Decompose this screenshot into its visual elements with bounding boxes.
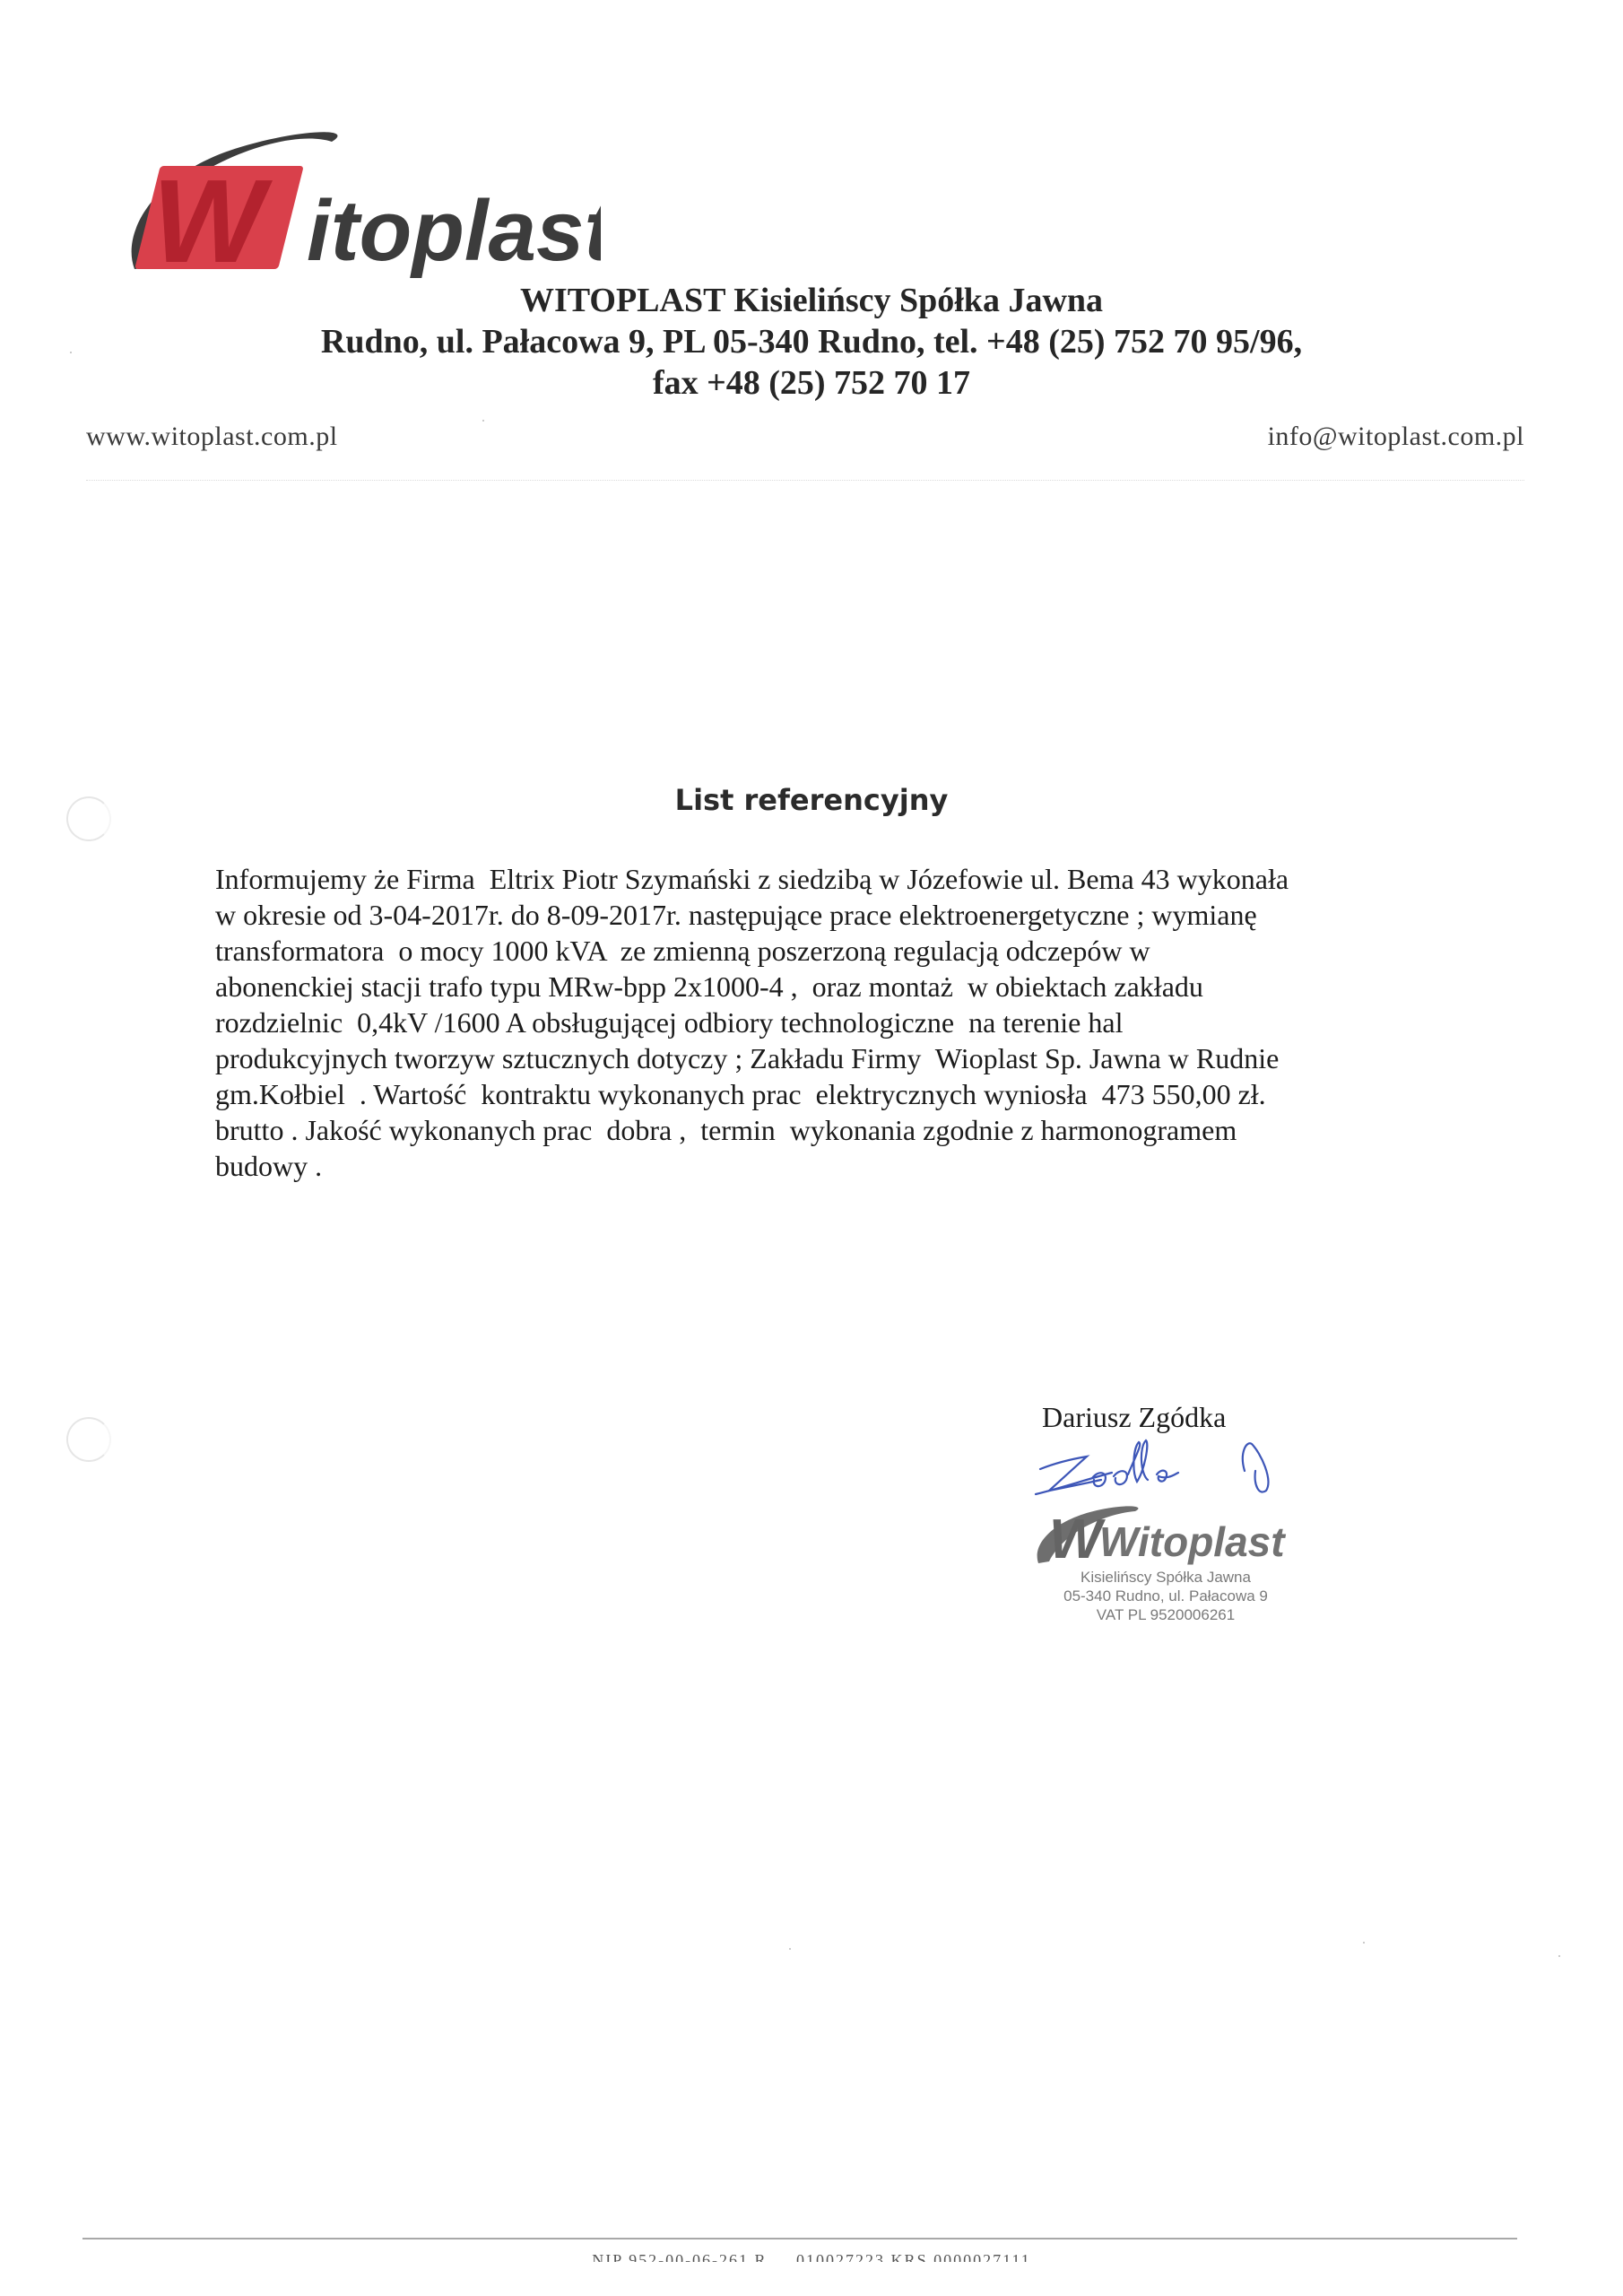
document-title: List referencyjny [0,783,1623,817]
logo-wordmark: itoplast [307,183,601,278]
website-link[interactable]: www.witoplast.com.pl [86,422,338,452]
body-line: brutto . Jakość wykonanych prac dobra , … [215,1112,1417,1148]
footer-divider [82,2238,1517,2239]
body-line: produkcyjnych tworzyw sztucznych dotyczy… [215,1040,1417,1076]
company-stamp: Kisielińscy Spółka Jawna 05-340 Rudno, u… [1022,1568,1309,1624]
svg-text:W: W [1049,1509,1106,1565]
body-line: Informujemy że Firma Eltrix Piotr Szymań… [215,861,1417,897]
email-link[interactable]: info@witoplast.com.pl [1268,422,1524,452]
company-fax: fax +48 (25) 752 70 17 [0,362,1623,404]
letter-body: Informujemy że Firma Eltrix Piotr Szymań… [215,861,1417,1184]
witoplast-logo: W itoplast [117,126,601,278]
scan-speck [1558,1955,1560,1957]
body-line: abonenckiej stacji trafo typu MRw-bpp 2x… [215,969,1417,1004]
svg-text:Witoplast: Witoplast [1099,1518,1286,1565]
logo-initial: W [152,155,273,278]
body-line: rozdzielnic 0,4kV /1600 A obsługującej o… [215,1004,1417,1040]
company-info: WITOPLAST Kisielińscy Spółka Jawna Rudno… [0,280,1623,404]
company-stamp-logo: W Witoplast [1029,1502,1289,1565]
body-line: gm.Kołbiel . Wartość kontraktu wykonanyc… [215,1076,1417,1112]
punch-hole-mark [66,1417,111,1462]
stamp-line-address: 05-340 Rudno, ul. Pałacowa 9 [1022,1587,1309,1605]
scan-speck [70,352,72,353]
company-name: WITOPLAST Kisielińscy Spółka Jawna [0,280,1623,321]
header-divider [86,480,1524,481]
body-line: transformatora o mocy 1000 kVA ze zmienn… [215,933,1417,969]
scan-speck [789,1948,791,1950]
signatory-name: Dariusz Zgódka [1042,1401,1226,1434]
company-address: Rudno, ul. Pałacowa 9, PL 05-340 Rudno, … [0,321,1623,362]
body-line: w okresie od 3-04-2017r. do 8-09-2017r. … [215,897,1417,933]
scan-speck [1363,1942,1365,1944]
footer-registration: NIP 952-00-06-261 R ... 010027223 KRS 00… [0,2251,1623,2262]
scan-speck [482,420,484,422]
stamp-line-company: Kisielińscy Spółka Jawna [1022,1568,1309,1587]
stamp-line-vat: VAT PL 9520006261 [1022,1605,1309,1624]
body-line: budowy . [215,1148,1417,1184]
